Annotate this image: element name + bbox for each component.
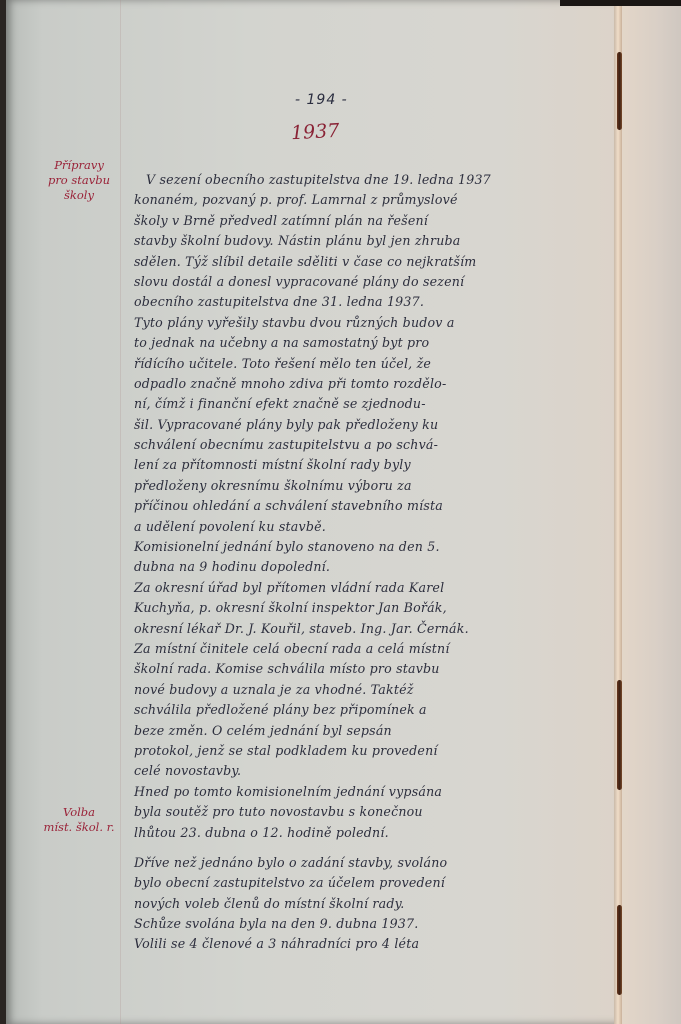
text-line: celé novostavby. [134,761,604,781]
text-line: schválení obecnímu zastupitelstvu a po s… [134,435,604,455]
margin-note-line: Přípravy [34,158,124,173]
margin-note-preparations: Přípravy pro stavbu školy [34,158,124,203]
text-line: stavby školní budovy. Nástin plánu byl j… [134,231,604,251]
text-line: lhůtou 23. dubna o 12. hodině polední. [134,823,604,843]
margin-note-line: školy [34,188,124,203]
section-school-preparation: V sezení obecního zastupitelstva dne 19.… [134,170,604,843]
margin-rule [120,0,121,1024]
section-school-board-election: Dříve než jednáno bylo o zadání stavby, … [134,853,604,955]
text-line: řídícího učitele. Toto řešení mělo ten ú… [134,354,604,374]
top-shadow [560,0,681,6]
text-line: Volili se 4 členové a 3 náhradníci pro 4… [134,934,604,954]
text-line: dubna na 9 hodinu dopolední. [134,557,604,577]
text-line: školy v Brně předvedl zatímní plán na ře… [134,211,604,231]
text-line: Za místní činitele celá obecní rada a ce… [134,639,604,659]
text-line: Schůze svolána byla na den 9. dubna 1937… [134,914,604,934]
text-line: byla soutěž pro tuto novostavbu s konečn… [134,802,604,822]
page-gutter [614,0,622,1024]
text-line: sdělen. Týž slíbil detaile sděliti v čas… [134,252,604,272]
margin-note-election: Volba míst. škol. r. [34,805,124,835]
text-line: protokol, jenž se stal podkladem ku prov… [134,741,604,761]
margin-note-line: Volba [34,805,124,820]
text-line: konaném, pozvaný p. prof. Lamrnal z prům… [134,190,604,210]
text-line: slovu dostál a donesl vypracované plány … [134,272,604,292]
text-line: nové budovy a uznala je za vhodné. Takté… [134,680,604,700]
text-line: bylo obecní zastupitelstvo za účelem pro… [134,873,604,893]
text-line: nových voleb členů do místní školní rady… [134,894,604,914]
text-line: odpadlo značně mnoho zdiva při tomto roz… [134,374,604,394]
text-line: beze změn. O celém jednání byl sepsán [134,721,604,741]
text-line: Tyto plány vyřešily stavbu dvou různých … [134,313,604,333]
section-gap [134,843,604,853]
text-line: Hned po tomto komisionelním jednání vyps… [134,782,604,802]
margin-note-line: míst. škol. r. [34,820,124,835]
text-line: lení za přítomnosti místní školní rady b… [134,455,604,475]
page-number: - 194 - [295,92,348,108]
binding-thread [617,680,622,790]
text-line: obecního zastupitelstva dne 31. ledna 19… [134,292,604,312]
year-heading: 1937 [290,120,339,145]
binding-thread [617,905,622,995]
text-line: příčinou ohledání a schválení stavebního… [134,496,604,516]
text-line: předloženy okresnímu školnímu výboru za [134,476,604,496]
text-line: okresní lékař Dr. J. Kouřil, staveb. Ing… [134,619,604,639]
binding-thread [617,52,622,130]
text-line: V sezení obecního zastupitelstva dne 19.… [134,170,604,190]
margin-note-line: pro stavbu [34,173,124,188]
handwritten-body: V sezení obecního zastupitelstva dne 19.… [134,170,604,955]
text-line: šil. Vypracované plány byly pak předlože… [134,415,604,435]
text-line: to jednak na učebny a na samostatný byt … [134,333,604,353]
text-line: a udělení povolení ku stavbě. [134,517,604,537]
facing-page-edge [622,0,681,1024]
text-line: Dříve než jednáno bylo o zadání stavby, … [134,853,604,873]
text-line: ní, čímž i finanční efekt značně se zjed… [134,394,604,414]
text-line: schválila předložené plány bez připomíne… [134,700,604,720]
text-line: Kuchyňa, p. okresní školní inspektor Jan… [134,598,604,618]
text-line: školní rada. Komise schválila místo pro … [134,659,604,679]
text-line: Za okresní úřad byl přítomen vládní rada… [134,578,604,598]
text-line: Komisionelní jednání bylo stanoveno na d… [134,537,604,557]
